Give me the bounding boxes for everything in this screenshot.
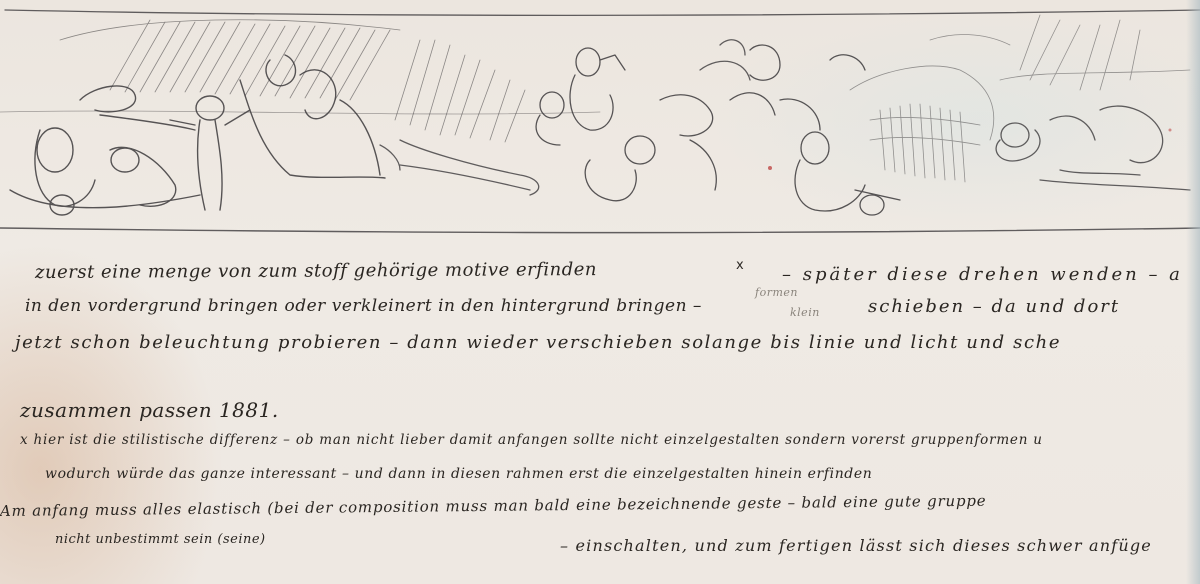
note-line-4: schieben – da und dort: [868, 296, 1120, 317]
note-line-3: in den vordergrund bringen oder verklein…: [25, 296, 702, 316]
note-line-8-text: wodurch würde das ganze interessant – un…: [45, 466, 872, 482]
pencil-sketch-frieze: [0, 0, 1200, 250]
faint-annotation-formen: formen: [755, 286, 798, 299]
handwritten-notes: zuerst eine menge von zum stoff gehörige…: [0, 250, 1200, 584]
note-line-5: jetzt schon beleuchtung probieren – dann…: [15, 332, 1061, 353]
manuscript-page: zuerst eine menge von zum stoff gehörige…: [0, 0, 1200, 584]
note-line-11: – einschalten, und zum fertigen lässt si…: [560, 536, 1152, 555]
note-line-8: wodurch würde das ganze interessant – un…: [45, 466, 872, 482]
note-line-2: – später diese drehen wenden – a: [782, 264, 1183, 285]
note-line-7: x hier ist die stilistische differenz – …: [20, 432, 1043, 448]
note-line-1: zuerst eine menge von zum stoff gehörige…: [35, 259, 597, 283]
x-marker: x: [736, 258, 744, 273]
note-line-10: nicht unbestimmt sein (seine): [55, 532, 266, 547]
note-line-9: Am anfang muss alles elastisch (bei der …: [0, 492, 987, 520]
sketch-drawing: [0, 0, 1200, 250]
page-edge: [1186, 0, 1200, 584]
faint-annotation-klein: klein: [790, 306, 820, 319]
note-line-6: zusammen passen 1881.: [20, 398, 279, 422]
